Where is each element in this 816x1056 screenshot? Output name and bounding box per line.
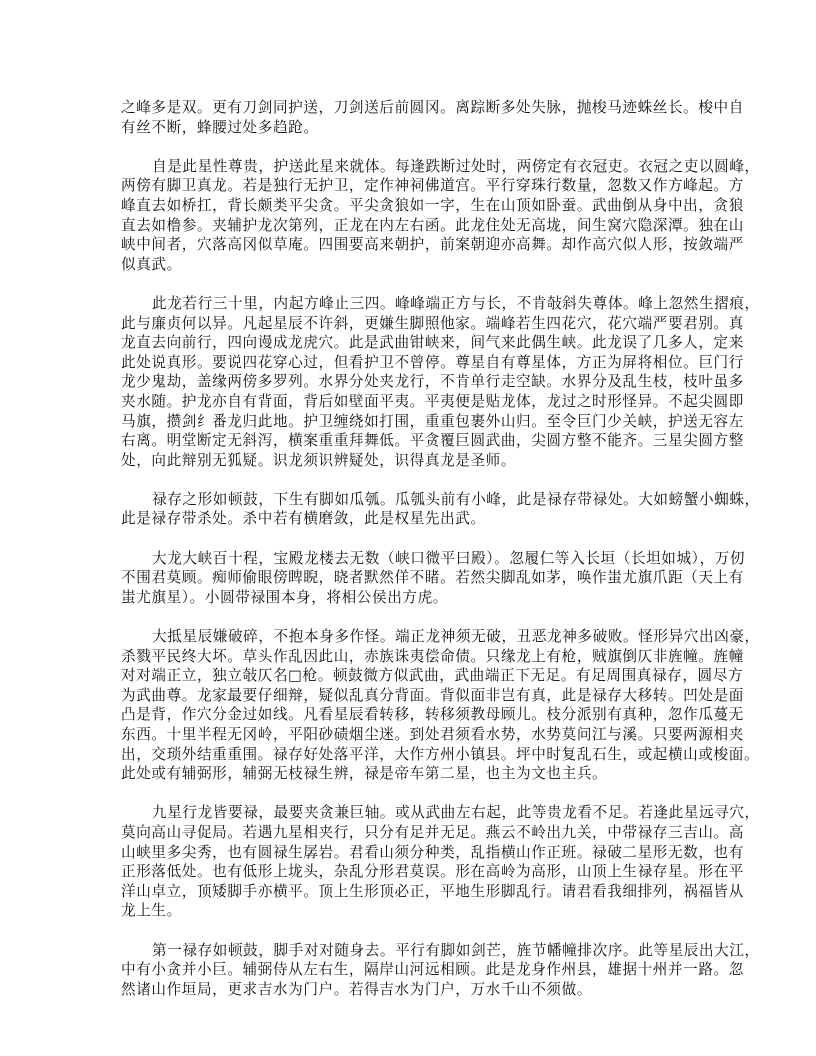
text-line: 此与廉贞何以异。凡起星辰不许斜，更嫌生脚照他家。端峰若生四花穴，花穴端严要君别。… <box>121 314 701 334</box>
text-line: 九星行龙皆要禄，最要夹贪兼巨轴。或从武曲左右起，此等贵龙看不足。若逢此星远寻穴， <box>121 803 701 823</box>
text-line: 峡中间者，穴落高冈似草庵。四围要高来朝护，前案朝迎亦高舞。却作高穴似人形，按敛端… <box>121 235 701 255</box>
paragraph-8: 第一禄存如顿鼓，脚手对对随身去。平行有脚如剑芒，旌节幡幢排次序。此等星辰出大江，… <box>121 941 701 1000</box>
text-line: 之峰多是双。更有刀剑同护送，刀剑送后前圆冈。离踪断多处失脉，抛梭马迹蛛丝长。梭中… <box>121 98 701 118</box>
paragraph-4: 禄存之形如顿鼓，下生有脚如瓜瓠。瓜瓠头前有小峰，此是禄存带禄处。大如螃蟹小蜘蛛，… <box>121 490 701 529</box>
text-line: 龙直去向前行，四向谩成龙虎穴。此是武曲钳峡来，间气来此偶生峡。此龙误了几多人，定… <box>121 333 701 353</box>
text-line: 处，向此辩别无狐疑。识龙须识辨疑处，识得真龙是圣师。 <box>121 451 701 471</box>
text-line: 此处说真形。要说四花穿心过，但看护卫不曾停。尊星自有尊星体，方正为屏将相位。巨门… <box>121 353 701 373</box>
text-line: 直去如橹参。夹辅护龙次第列，正龙在内左右函。此龙住处无高垅，间生窝穴隐深潭。独在… <box>121 216 701 236</box>
text-line: 不围君莫顾。痴师偷眼傍睥睨，晓者默然佯不睹。若然尖脚乱如茅，唤作蚩尤旗爪距（天上… <box>121 568 701 588</box>
text-line: 东西。十里半程无冈岭，平阳砂碛烟尘迷。到处君须看水势，水势莫问江与溪。只要两源相… <box>121 725 701 745</box>
text-line: 禄存之形如顿鼓，下生有脚如瓜瓠。瓜瓠头前有小峰，此是禄存带禄处。大如螃蟹小蜘蛛， <box>121 490 701 510</box>
text-line: 两傍有脚卫真龙。若是独行无护卫，定作神祠佛道宫。平行穿珠行数量，忽数又作方峰起。… <box>121 176 701 196</box>
text-line: 大龙大峡百十程，宝殿龙楼去无数（峡口微平曰殿）。忽履仁等入长垣（长坦如城），万仞 <box>121 549 701 569</box>
text-line: 杀戮平民终大坏。草头作乱因此山，赤族诛夷偿命债。只缘龙上有枪，贼旗倒仄非旌幢。旌… <box>121 647 701 667</box>
text-line: 为武曲尊。龙家最要仔细辩，疑似乱真分背面。背似面非岂有真，此是禄存大移转。凹处是… <box>121 686 701 706</box>
text-line: 然诸山作垣局，更求吉水为门户。若得吉水为门户，万水千山不须做。 <box>121 980 701 1000</box>
text-line: 夹水随。护龙亦自有背面，背后如壁面平夷。平夷便是贴龙体，龙过之时形怪异。不起尖圆… <box>121 392 701 412</box>
text-line: 凸是背，作穴分金过如线。凡看星辰看转移，转移须教母顾儿。枝分派别有真种，忽作瓜蔓… <box>121 705 701 725</box>
text-line: 山峡里多尖秀，也有圆禄生孱岩。君看山须分种类，乱指横山作正班。禄破二星形无数，也… <box>121 843 701 863</box>
paragraph-2: 自是此星性尊贵，护送此星来就体。每逢跌断过处时，两傍定有衣冠吏。衣冠之吏以圆峰，… <box>121 157 701 275</box>
text-line: 正形落低处。也有低形上垅头，杂乱分形君莫误。形在高岭为高形，山顶上生禄存星。形在… <box>121 862 701 882</box>
text-line: 中有小贪并小巨。辅弼侍从左右生，隔岸山河远相顾。此是龙身作州县，雄据十州并一路。… <box>121 960 701 980</box>
paragraph-6: 大抵星辰嫌破碎，不抱本身多作怪。端正龙神须无破，丑恶龙神多破败。怪形异穴出凶豪，… <box>121 627 701 784</box>
text-line: 峰直去如桥扛，背长颇类平尖贪。平尖贪狼如一字，生在山顶如卧蚕。武曲倒从身中出，贪… <box>121 196 701 216</box>
text-line: 龙少鬼劫，盖缘两傍多罗列。水界分处夹龙行，不肯单行走空缺。水界分及乱生枝，枝叶虽… <box>121 372 701 392</box>
text-line: 出，交琐外结重重围。禄存好处落平洋，大作方州小镇县。坪中时复乱石生，或起横山或梭… <box>121 745 701 765</box>
paragraph-7: 九星行龙皆要禄，最要夹贪兼巨轴。或从武曲左右起，此等贵龙看不足。若逢此星远寻穴，… <box>121 803 701 921</box>
text-line: 第一禄存如顿鼓，脚手对对随身去。平行有脚如剑芒，旌节幡幢排次序。此等星辰出大江， <box>121 941 701 961</box>
text-line: 似真武。 <box>121 255 701 275</box>
text-line: 洋山卓立，顶矮脚手亦横平。顶上生形顶必正，平地生形脚乱行。请君看我细排列，祸福皆… <box>121 882 701 902</box>
paragraph-5: 大龙大峡百十程，宝殿龙楼去无数（峡口微平曰殿）。忽履仁等入长垣（长坦如城），万仞… <box>121 549 701 608</box>
text-line: 自是此星性尊贵，护送此星来就体。每逢跌断过处时，两傍定有衣冠吏。衣冠之吏以圆峰， <box>121 157 701 177</box>
document-page: 之峰多是双。更有刀剑同护送，刀剑送后前圆冈。离踪断多处失脉，抛梭马迹蛛丝长。梭中… <box>121 98 701 1019</box>
text-line: 此是禄存带杀处。杀中若有横磨敛，此是权星先出武。 <box>121 509 701 529</box>
text-line: 莫向高山寻促局。若遇九星相夹行，只分有足并无足。燕云不岭出九关，中带禄存三吉山。… <box>121 823 701 843</box>
text-line: 马旗，攒剑纟番龙归此地。护卫缠绕如打围，重重包裹外山归。至令巨门少关峡，护送无容… <box>121 412 701 432</box>
text-line: 此处或有辅弼形，辅弼无枝禄生辨，禄是帝车第二星，也主为文也主兵。 <box>121 764 701 784</box>
text-line: 有丝不断，蜂腰过处多趋跄。 <box>121 118 701 138</box>
text-line: 对对端正立，独立敧仄名□枪。顿鼓微方似武曲，武曲端正下无足。有足周围真禄存，圆尽… <box>121 666 701 686</box>
paragraph-1: 之峰多是双。更有刀剑同护送，刀剑送后前圆冈。离踪断多处失脉，抛梭马迹蛛丝长。梭中… <box>121 98 701 137</box>
paragraph-3: 此龙若行三十里，内起方峰止三四。峰峰端正方与长，不肯敧斜失尊体。峰上忽然生摺痕，… <box>121 294 701 470</box>
text-line: 此龙若行三十里，内起方峰止三四。峰峰端正方与长，不肯敧斜失尊体。峰上忽然生摺痕， <box>121 294 701 314</box>
text-line: 大抵星辰嫌破碎，不抱本身多作怪。端正龙神须无破，丑恶龙神多破败。怪形异穴出凶豪， <box>121 627 701 647</box>
text-line: 龙上生。 <box>121 901 701 921</box>
text-line: 右离。明堂断定无斜泻，横案重重拜舞低。平贪覆巨圆武曲，尖圆方整不能齐。三星尖圆方… <box>121 431 701 451</box>
text-line: 蚩尤旗星）。小圆带禄围本身，将相公侯出方虎。 <box>121 588 701 608</box>
